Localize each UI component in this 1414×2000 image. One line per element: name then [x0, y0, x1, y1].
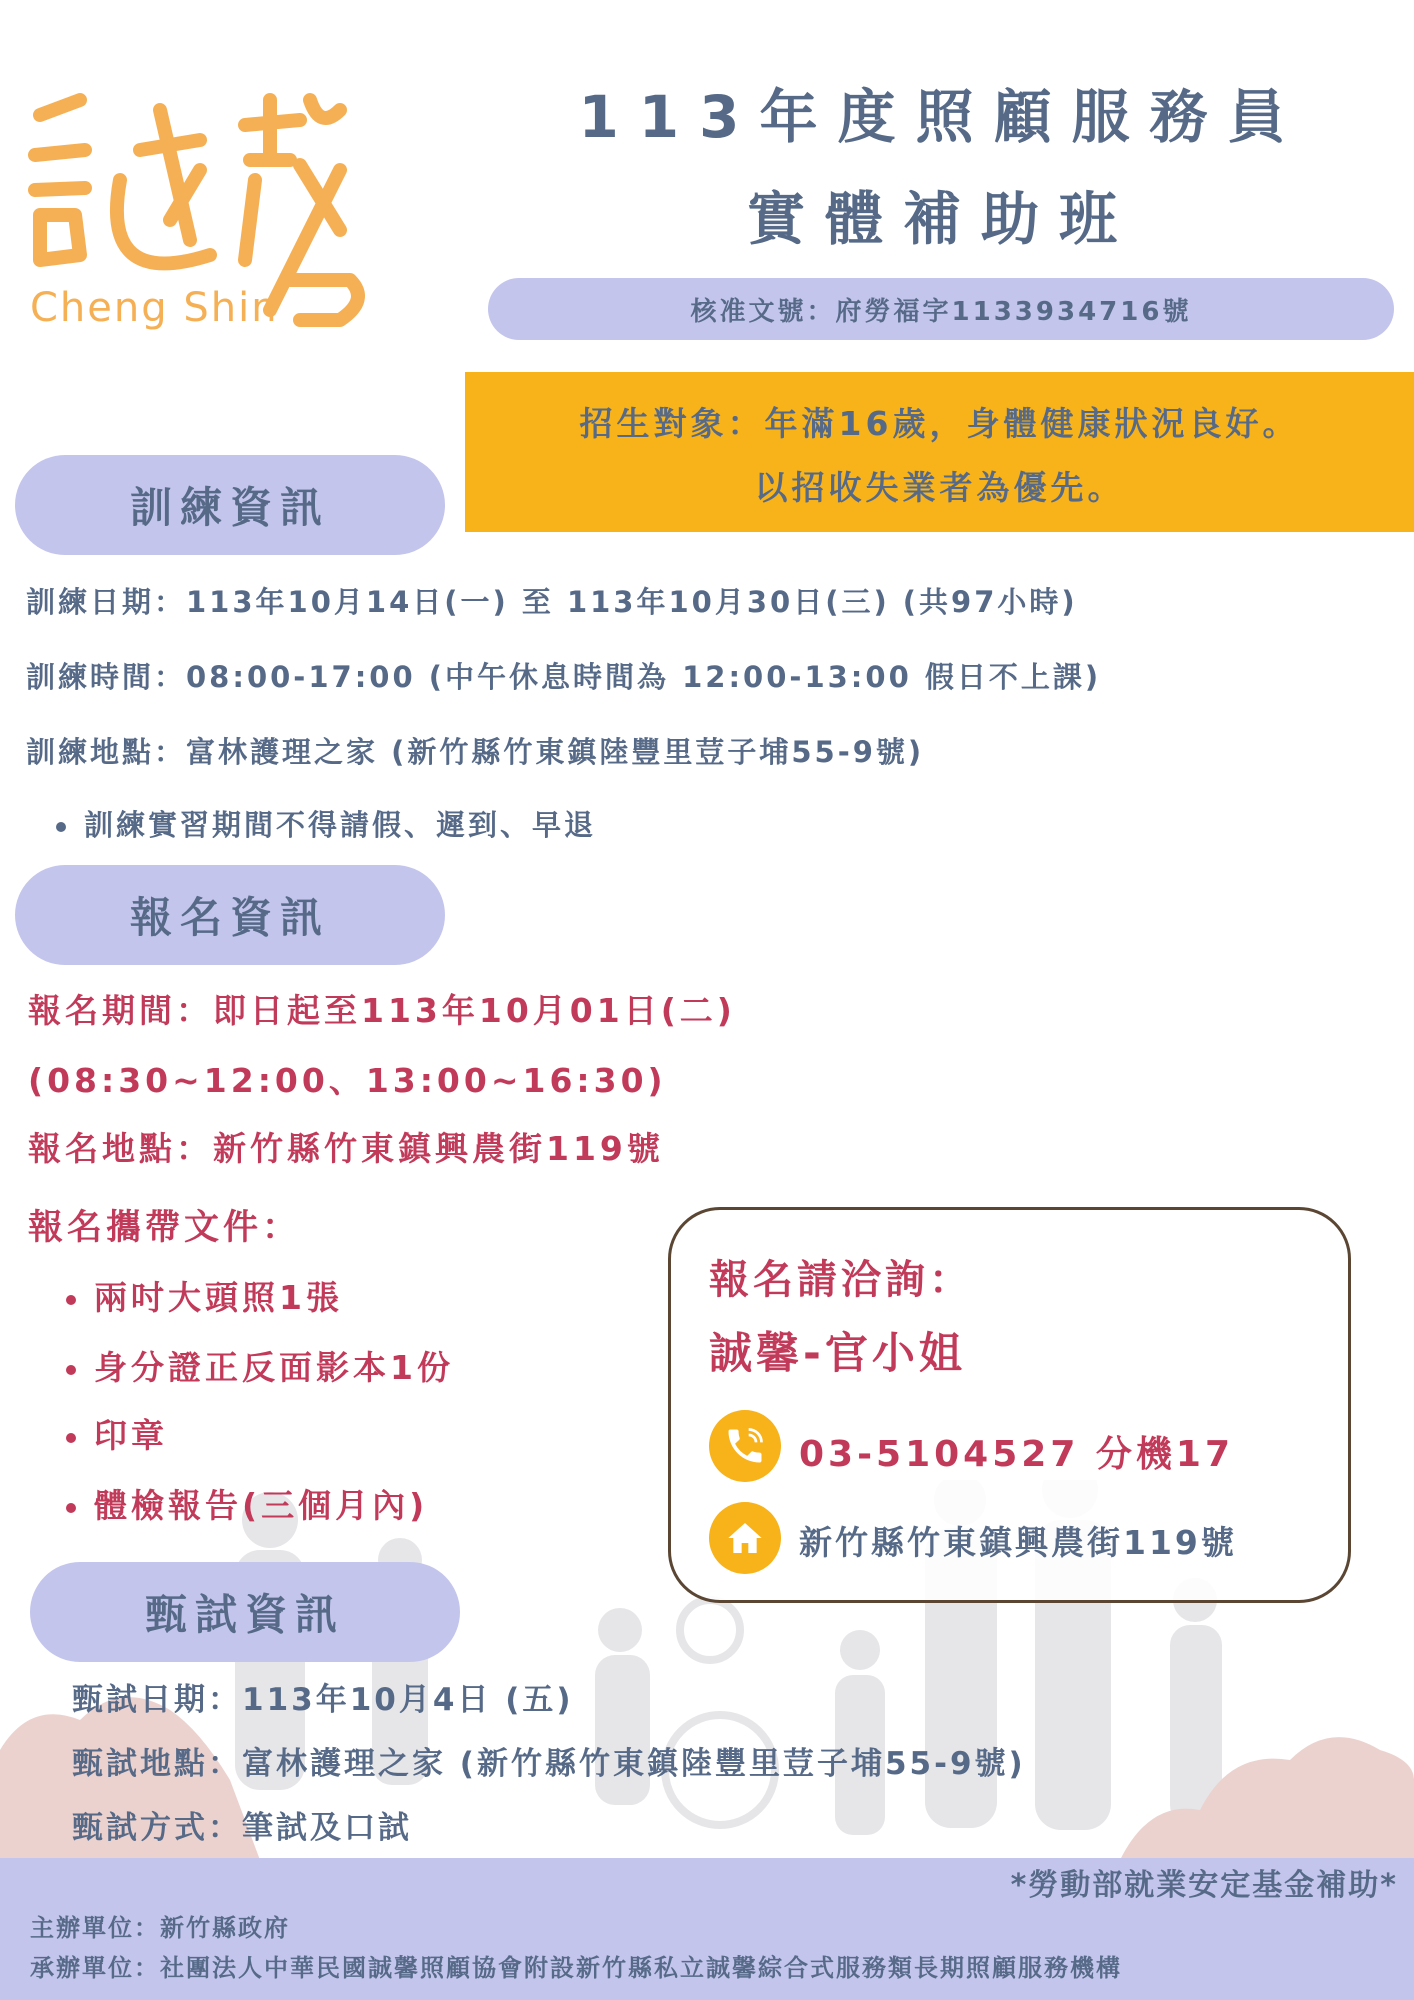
document-item: 兩吋大頭照1張 [66, 1272, 343, 1319]
logo-english-text: Cheng Shin [30, 285, 279, 331]
signup-hours: (08:30~12:00、13:00~16:30) [28, 1055, 667, 1102]
contact-person: 誠馨-官小姐 [709, 1320, 966, 1381]
exam-location: 甄試地點：富林護理之家 (新竹縣竹東鎮陸豐里荳子埔55-9號) [72, 1738, 1026, 1783]
training-date: 訓練日期：113年10月14日(一) 至 113年10月30日(三) (共97小… [26, 580, 1078, 621]
contact-title: 報名請洽詢： [709, 1248, 973, 1305]
section-heading-exam: 甄試資訊 [30, 1562, 460, 1662]
executor: 承辦單位：社團法人中華民國誠馨照顧協會附設新竹縣私立誠馨綜合式服務類長期照顧服務… [30, 1948, 1122, 1983]
exam-method: 甄試方式：筆試及口試 [72, 1802, 412, 1847]
fund-note: *勞動部就業安定基金補助* [1011, 1860, 1398, 1904]
training-time: 訓練時間：08:00-17:00 (中午休息時間為 12:00-13:00 假日… [26, 655, 1101, 696]
training-note: 訓練實習期間不得請假、遲到、早退 [56, 803, 596, 844]
signup-location: 報名地點：新竹縣竹東鎮興農街119號 [28, 1123, 664, 1170]
page-title-line1: 113年度照顧服務員 [470, 70, 1414, 154]
documents-title: 報名攜帶文件： [28, 1200, 301, 1250]
target-line1: 招生對象：年滿16歲，身體健康狀況良好。 [465, 398, 1414, 445]
phone-icon [709, 1410, 781, 1482]
approval-number-badge: 核准文號：府勞福字1133934716號 [488, 278, 1394, 340]
section-heading-signup: 報名資訊 [15, 865, 445, 965]
home-icon [709, 1502, 781, 1574]
document-item: 身分證正反面影本1份 [66, 1342, 454, 1389]
organizer: 主辦單位：新竹縣政府 [30, 1908, 290, 1943]
enrollment-target-banner: 招生對象：年滿16歲，身體健康狀況良好。 以招收失業者為優先。 [465, 372, 1414, 532]
training-location: 訓練地點：富林護理之家 (新竹縣竹東鎮陸豐里荳子埔55-9號) [26, 730, 924, 771]
page-title-line2: 實體補助班 [470, 172, 1414, 256]
exam-date: 甄試日期：113年10月4日 (五) [72, 1674, 574, 1719]
section-heading-training: 訓練資訊 [15, 455, 445, 555]
document-item: 體檢報告(三個月內) [66, 1480, 428, 1527]
contact-phone[interactable]: 03-5104527 分機17 [799, 1426, 1234, 1477]
signup-period: 報名期間：即日起至113年10月01日(二) [28, 985, 736, 1032]
contact-card: 報名請洽詢： 誠馨-官小姐 03-5104527 分機17 新竹縣竹東鎮興農街1… [668, 1207, 1351, 1603]
document-item: 印章 [66, 1410, 168, 1457]
footer-bar: *勞動部就業安定基金補助* 主辦單位：新竹縣政府 承辦單位：社團法人中華民國誠馨… [0, 1858, 1414, 2000]
contact-address: 新竹縣竹東鎮興農街119號 [799, 1517, 1237, 1564]
target-line2: 以招收失業者為優先。 [465, 462, 1414, 509]
